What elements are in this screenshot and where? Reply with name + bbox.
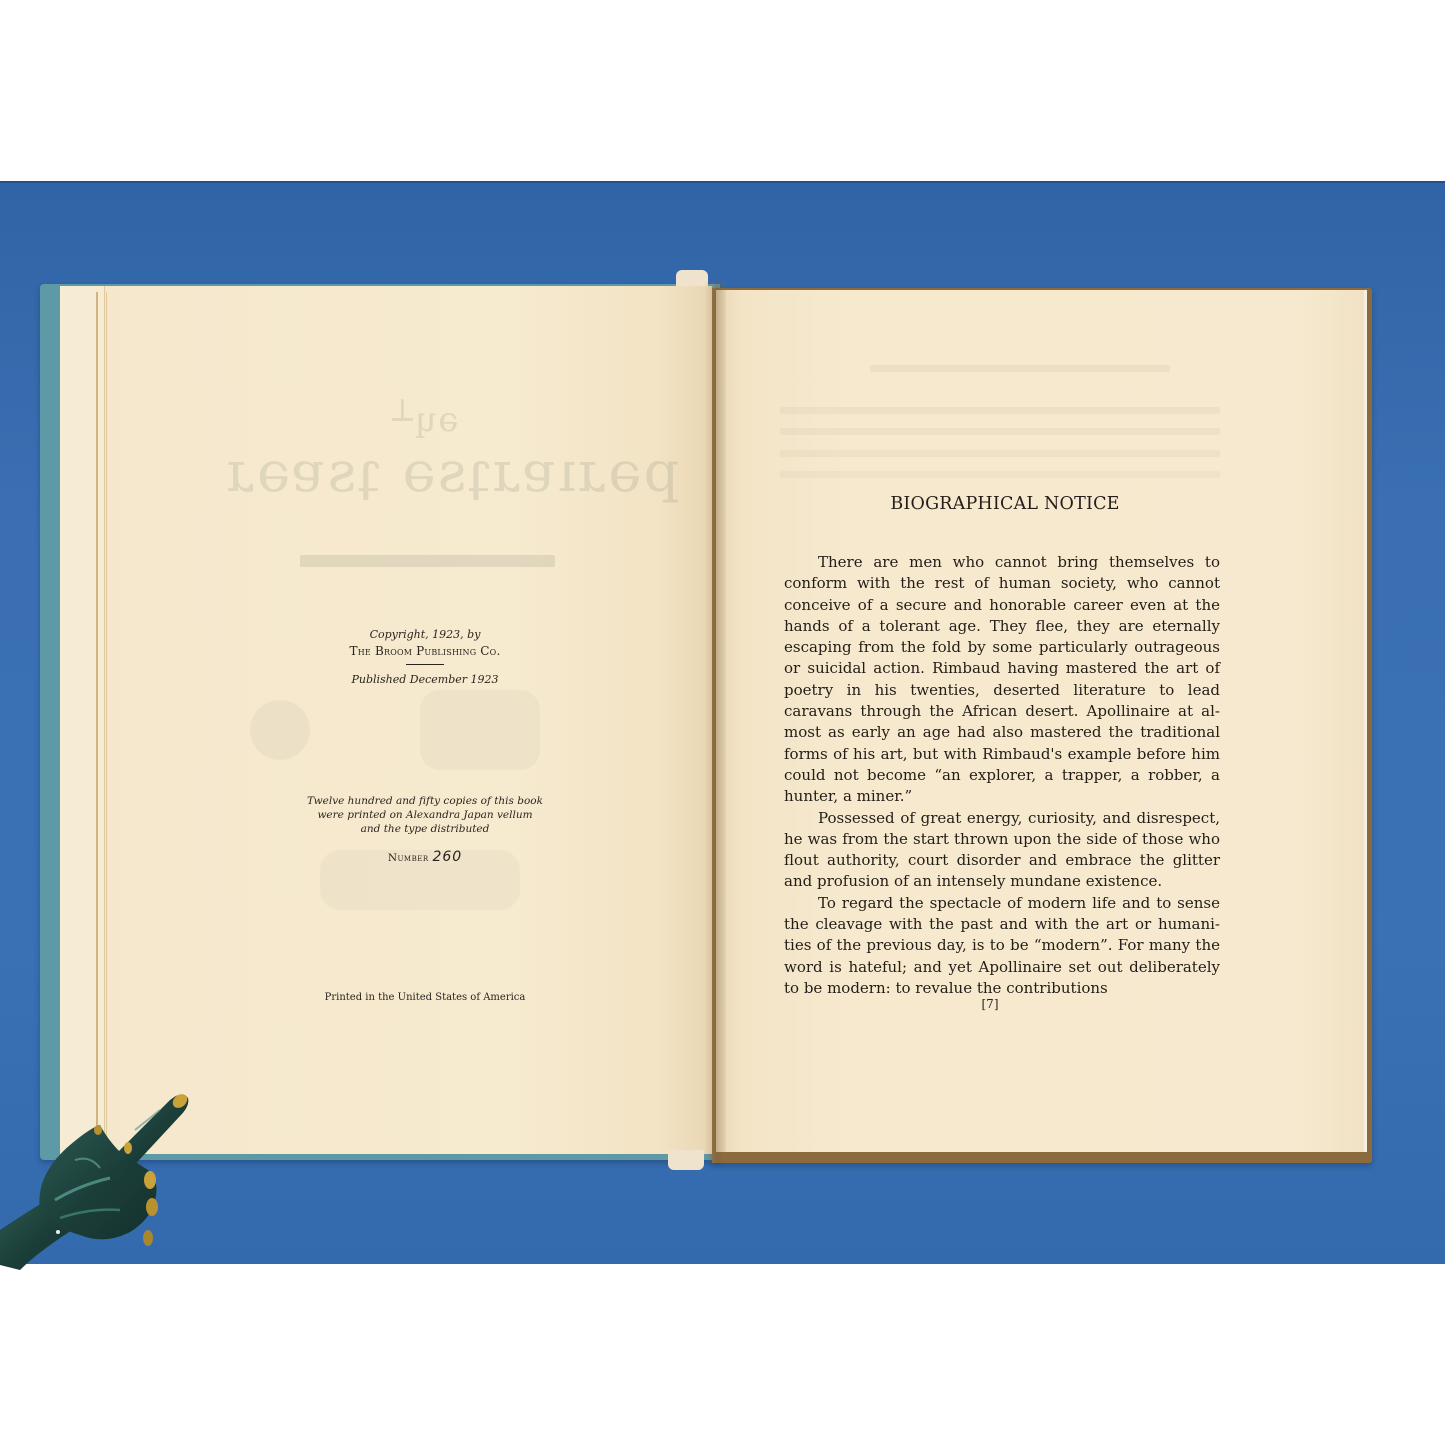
limitation-line-3: and the type distributed bbox=[260, 822, 590, 836]
show-through-title-large: pǝɹıɐɹʇsǝ ʇsɐǝɹ bbox=[225, 440, 679, 505]
copy-number: Number 260 bbox=[260, 850, 590, 865]
paragraph: Possessed of great energy, curiosity, an… bbox=[784, 808, 1220, 893]
page-number: [7] bbox=[960, 997, 1020, 1011]
chapter-body: There are men who cannot bring themselve… bbox=[784, 552, 1220, 999]
left-page bbox=[60, 286, 712, 1154]
show-through-ornament bbox=[420, 690, 540, 770]
show-through-title-small: ǝɥ┴ bbox=[390, 400, 459, 440]
number-value: 260 bbox=[432, 849, 462, 865]
chapter-title: BIOGRAPHICAL NOTICE bbox=[790, 494, 1220, 514]
copyright-notice: Copyright, 1923, by The Broom Publishing… bbox=[260, 626, 590, 688]
number-label: Number bbox=[388, 852, 429, 864]
paragraph: To regard the spectacle of modern life a… bbox=[784, 893, 1220, 999]
limitation-statement: Twelve hundred and fifty copies of this … bbox=[260, 794, 590, 865]
limitation-line-1: Twelve hundred and fifty copies of this … bbox=[260, 794, 590, 808]
show-through-line bbox=[780, 407, 1220, 414]
show-through-line bbox=[870, 365, 1170, 372]
printed-in-notice: Printed in the United States of America bbox=[260, 992, 590, 1003]
show-through-line bbox=[780, 428, 1220, 435]
paragraph: There are men who cannot bring themselve… bbox=[784, 552, 1220, 808]
pointing-hand-icon bbox=[0, 1060, 200, 1270]
show-through-line bbox=[300, 555, 555, 567]
page-fold-bottom bbox=[668, 1150, 704, 1170]
backdrop-edge bbox=[0, 181, 1445, 183]
copyright-line: Copyright, 1923, by bbox=[260, 626, 590, 643]
publication-date: Published December 1923 bbox=[260, 671, 590, 688]
deckle-edge bbox=[96, 292, 107, 1147]
show-through-line bbox=[780, 450, 1220, 457]
show-through-ornament bbox=[250, 700, 310, 760]
publisher-name: The Broom Publishing Co. bbox=[260, 643, 590, 660]
book-gutter bbox=[704, 282, 726, 1162]
show-through-line bbox=[780, 471, 1220, 478]
limitation-line-2: were printed on Alexandra Japan vellum bbox=[260, 808, 590, 822]
divider-rule bbox=[406, 664, 444, 665]
